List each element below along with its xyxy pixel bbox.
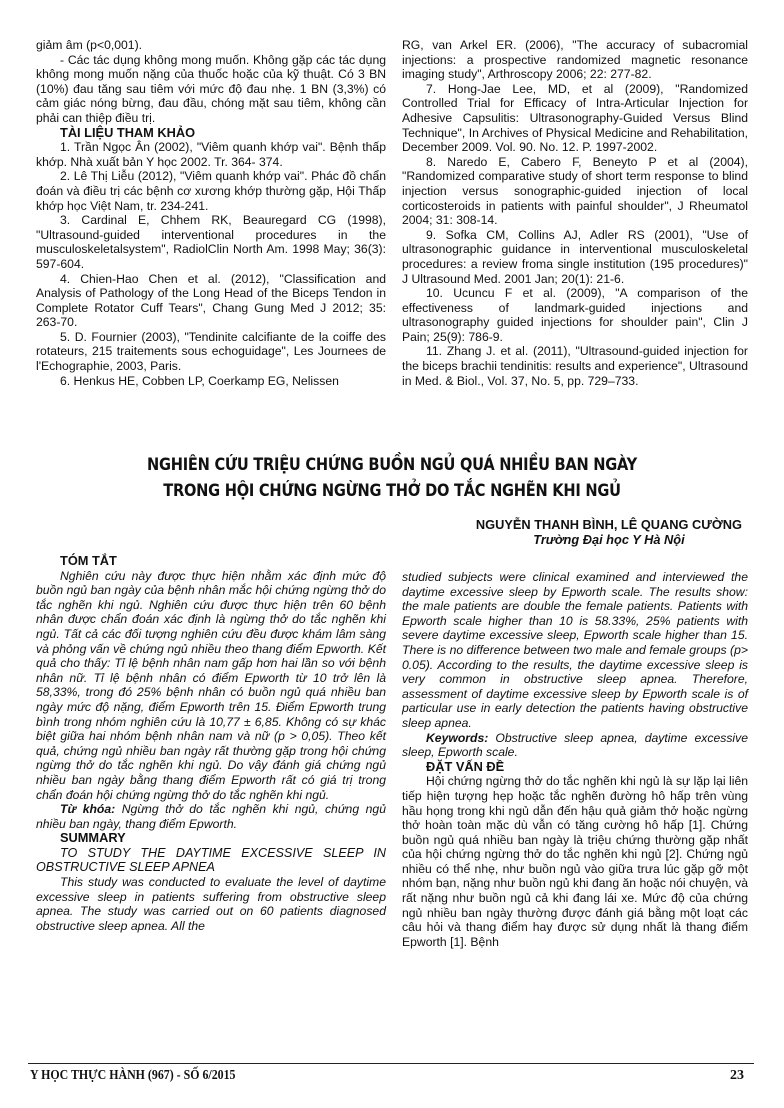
left-column-top: giảm âm (p<0,001). - Các tác dụng không … bbox=[36, 38, 386, 388]
affiliation: Trường Đại học Y Hà Nội bbox=[476, 532, 742, 547]
introduction-paragraph: Hội chứng ngừng thở do tắc nghẽn khi ngủ… bbox=[402, 774, 748, 949]
summary-paragraph: This study was conducted to evaluate the… bbox=[36, 875, 386, 933]
left-column-bottom: TÓM TẮT Nghiên cứu này được thực hiện nh… bbox=[36, 554, 386, 933]
reference-item: 1. Trần Ngọc Ân (2002), "Viêm quanh khớp… bbox=[36, 140, 386, 169]
right-column-bottom: studied subjects were clinical examined … bbox=[402, 570, 748, 949]
references-heading: TÀI LIỆU THAM KHẢO bbox=[60, 126, 386, 141]
abstract-heading: TÓM TẮT bbox=[60, 554, 386, 569]
keywords-en-label: Keywords: bbox=[426, 731, 488, 745]
keywords-en: Keywords: Obstructive sleep apnea, dayti… bbox=[402, 731, 748, 760]
article-title-line-1: NGHIÊN CỨU TRIỆU CHỨNG BUỒN NGỦ QUÁ NHIỀ… bbox=[55, 452, 729, 478]
reference-item: 8. Naredo E, Cabero F, Beneyto P et al (… bbox=[402, 155, 748, 228]
reference-item: 5. D. Fournier (2003), "Tendinite calcif… bbox=[36, 330, 386, 374]
summary-title: TO STUDY THE DAYTIME EXCESSIVE SLEEP IN … bbox=[36, 846, 386, 875]
page-number: 23 bbox=[730, 1068, 744, 1084]
keywords-vi: Từ khóa: Ngừng thở do tắc nghẽn khi ngủ,… bbox=[36, 802, 386, 831]
journal-footer: Y HỌC THỰC HÀNH (967) - SỐ 6/2015 bbox=[30, 1068, 236, 1084]
authors: NGUYỄN THANH BÌNH, LÊ QUANG CƯỜNG bbox=[476, 517, 742, 532]
reference-item: 3. Cardinal E, Chhem RK, Beauregard CG (… bbox=[36, 213, 386, 271]
footer-divider bbox=[28, 1063, 754, 1064]
summary-heading: SUMMARY bbox=[60, 831, 386, 846]
reference-item: 11. Zhang J. et al. (2011), "Ultrasound-… bbox=[402, 344, 748, 388]
reference-item: 7. Hong-Jae Lee, MD, et al (2009), "Rand… bbox=[402, 82, 748, 155]
side-effects-paragraph: - Các tác dụng không mong muốn. Không gặ… bbox=[36, 53, 386, 126]
previous-text-end: giảm âm (p<0,001). bbox=[36, 38, 386, 53]
article-title-line-2: TRONG HỘI CHỨNG NGỪNG THỞ DO TẮC NGHẼN K… bbox=[55, 478, 729, 504]
reference-item: 9. Sofka CM, Collins AJ, Adler RS (2001)… bbox=[402, 228, 748, 286]
right-column-top: RG, van Arkel ER. (2006), "The accuracy … bbox=[402, 38, 748, 388]
summary-continuation: studied subjects were clinical examined … bbox=[402, 570, 748, 731]
reference-item: 10. Ucuncu F et al. (2009), "A compariso… bbox=[402, 286, 748, 344]
reference-item: 2. Lê Thị Liễu (2012), "Viêm quanh khớp … bbox=[36, 169, 386, 213]
article-title: NGHIÊN CỨU TRIỆU CHỨNG BUỒN NGỦ QUÁ NHIỀ… bbox=[55, 452, 729, 504]
reference-continuation: RG, van Arkel ER. (2006), "The accuracy … bbox=[402, 38, 748, 82]
article-byline: NGUYỄN THANH BÌNH, LÊ QUANG CƯỜNG Trường… bbox=[476, 517, 742, 547]
keywords-vi-label: Từ khóa: bbox=[60, 802, 115, 816]
reference-item: 4. Chien-Hao Chen et al. (2012), "Classi… bbox=[36, 272, 386, 330]
reference-item: 6. Henkus HE, Cobben LP, Coerkamp EG, Ne… bbox=[36, 374, 386, 389]
introduction-heading: ĐẶT VẤN ĐỀ bbox=[426, 760, 748, 775]
abstract-paragraph: Nghiên cứu này được thực hiện nhằm xác đ… bbox=[36, 569, 386, 803]
